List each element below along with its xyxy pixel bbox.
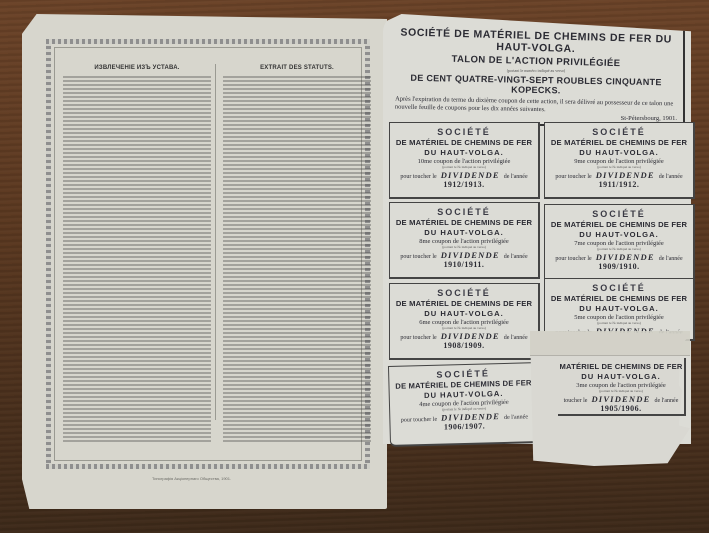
- coupon-10: SOCIÉTÉ DE MATÉRIEL DE CHEMINS DE FER DU…: [389, 122, 540, 199]
- share-amount: DE CENT QUATRE-VINGT-SEPT ROUBLES CINQUA…: [389, 72, 683, 97]
- coupon-3: MATÉRIEL DE CHEMINS DE FER DU HAUT-VOLGA…: [558, 358, 686, 416]
- coupon-materiel: DE MATÉRIEL DE CHEMINS DE FER: [545, 138, 693, 147]
- coupon-pour: toucher le: [564, 398, 588, 404]
- coupon-dividend-line: pour toucher leDIVIDENDEde l'année: [390, 170, 538, 180]
- column-divider: [215, 64, 216, 420]
- coupon-dividend-line: pour toucher leDIVIDENDEde l'année: [545, 252, 693, 262]
- coupon-year: 1908/1909.: [390, 341, 538, 350]
- coupon-annee: de l'année: [659, 256, 683, 262]
- left-page-statutes: ИЗВЛЕЧЕНІЕ ИЗЪ УСТАВА. EXTRAIT DES STATU…: [22, 14, 387, 509]
- coupon-number: 10me coupon de l'action privilégiée: [390, 158, 538, 165]
- talon-paragraph: Après l'expiration du terme du dixième c…: [395, 96, 677, 117]
- coupon-number: 6me coupon de l'action privilégiée: [390, 319, 538, 326]
- coupon-number: 7me coupon de l'action privilégiée: [545, 240, 693, 247]
- russian-heading: ИЗВЛЕЧЕНІЕ ИЗЪ УСТАВА.: [63, 64, 211, 72]
- coupon-materiel: DE MATÉRIEL DE CHEMINS DE FER: [390, 138, 538, 147]
- coupon-9: SOCIÉTÉ DE MATÉRIEL DE CHEMINS DE FER DU…: [544, 122, 695, 199]
- coupon-year: 1909/1910.: [545, 262, 693, 271]
- french-heading: EXTRAIT DES STATUTS.: [223, 64, 371, 72]
- place-date: St-Pétersbourg, 1901.: [621, 115, 677, 122]
- inner-frame: ИЗВЛЕЧЕНІЕ ИЗЪ УСТАВА. EXTRAIT DES STATU…: [54, 47, 362, 461]
- coupon-4: SOCIÉTÉ DE MATÉRIEL DE CHEMINS DE FER DU…: [388, 362, 541, 447]
- printer-imprint: Типографія Акціонернаго Общества, 1901.: [152, 476, 231, 481]
- coupon-annee: de l'année: [504, 254, 528, 260]
- coupon-number: 5me coupon de l'action privilégiée: [545, 314, 693, 321]
- coupon-note: (portant le № indiqué au verso): [545, 321, 693, 325]
- coupon-dividende: DIVIDENDE: [441, 250, 500, 260]
- coupon-year: 1911/1912.: [545, 180, 693, 189]
- coupon-dividend-line: pour toucher leDIVIDENDEde l'année: [545, 170, 693, 180]
- coupon-number: 3me coupon de l'action privilégiée: [558, 382, 684, 389]
- coupon-year: 1912/1913.: [390, 180, 538, 189]
- coupon-note: (portant le № indiqué au verso): [545, 165, 693, 169]
- coupon-number: 8me coupon de l'action privilégiée: [390, 238, 538, 245]
- coupon-du: DU HAUT-VOLGA.: [545, 230, 693, 239]
- coupon-pour: pour toucher le: [401, 417, 437, 424]
- coupon-materiel: DE MATÉRIEL DE CHEMINS DE FER: [545, 294, 693, 303]
- coupon-year: 1910/1911.: [390, 260, 538, 269]
- coupon-dividend-line: pour toucher leDIVIDENDEde l'année: [390, 331, 538, 341]
- coupon-societe: SOCIÉTÉ: [390, 127, 538, 137]
- coupon-year: 1905/1906.: [558, 404, 684, 413]
- coupon-du: DU HAUT-VOLGA.: [545, 304, 693, 313]
- coupon-societe: SOCIÉTÉ: [545, 283, 693, 293]
- coupon-8: SOCIÉTÉ DE MATÉRIEL DE CHEMINS DE FER DU…: [389, 202, 540, 279]
- coupon-materiel: MATÉRIEL DE CHEMINS DE FER: [558, 362, 684, 371]
- coupon-materiel: DE MATÉRIEL DE CHEMINS DE FER: [545, 220, 693, 229]
- coupon-note: (portant le № indiqué au verso): [558, 389, 684, 393]
- coupon-du: DU HAUT-VOLGA.: [390, 309, 538, 318]
- coupon-societe: SOCIÉTÉ: [545, 209, 693, 219]
- talon-header: SOCIÉTÉ DE MATÉRIEL DE CHEMINS DE FER DU…: [389, 26, 685, 126]
- pencil-mark: 2302: [140, 514, 177, 531]
- coupon-pour: pour toucher le: [555, 256, 591, 262]
- coupon-annee: de l'année: [504, 335, 528, 341]
- paper-fold: [530, 331, 690, 356]
- coupon-pour: pour toucher le: [555, 174, 591, 180]
- coupon-du: DU HAUT-VOLGA.: [558, 372, 684, 381]
- coupon-note: (portant le № indiqué au verso): [390, 326, 538, 330]
- coupon-materiel: DE MATÉRIEL DE CHEMINS DE FER: [390, 218, 538, 227]
- coupon-note: (portant le № indiqué au verso): [390, 245, 538, 249]
- french-body-text: [223, 76, 371, 442]
- coupon-dividende: DIVIDENDE: [441, 331, 500, 341]
- coupon-du: DU HAUT-VOLGA.: [390, 228, 538, 237]
- coupon-dividende: DIVIDENDE: [596, 252, 655, 262]
- coupon-annee: de l'année: [504, 414, 528, 421]
- coupon-6: SOCIÉTÉ DE MATÉRIEL DE CHEMINS DE FER DU…: [389, 283, 540, 360]
- coupon-societe: SOCIÉTÉ: [390, 207, 538, 217]
- coupon-annee: de l'année: [504, 174, 528, 180]
- coupon-dividend-line: toucher leDIVIDENDEde l'année: [558, 394, 684, 404]
- coupon-dividend-line: pour toucher leDIVIDENDEde l'année: [390, 250, 538, 260]
- coupon-pour: pour toucher le: [400, 254, 436, 260]
- coupon-number: 9me coupon de l'action privilégiée: [545, 158, 693, 165]
- french-statutes-column: EXTRAIT DES STATUTS.: [223, 64, 371, 442]
- coupon-du: DU HAUT-VOLGA.: [545, 148, 693, 157]
- coupon-note: (portant le № indiqué au verso): [545, 247, 693, 251]
- coupon-societe: SOCIÉTÉ: [390, 288, 538, 298]
- coupon-dividende: DIVIDENDE: [591, 394, 650, 404]
- coupon-dividende: DIVIDENDE: [596, 170, 655, 180]
- coupon-materiel: DE MATÉRIEL DE CHEMINS DE FER: [390, 299, 538, 308]
- coupon-annee: de l'année: [659, 174, 683, 180]
- coupon-du: DU HAUT-VOLGA.: [390, 148, 538, 157]
- coupon-annee: de l'année: [654, 398, 678, 404]
- coupon-societe: SOCIÉTÉ: [545, 127, 693, 137]
- russian-statutes-column: ИЗВЛЕЧЕНІЕ ИЗЪ УСТАВА.: [63, 64, 211, 442]
- russian-body-text: [63, 76, 211, 442]
- ornamental-border: ИЗВЛЕЧЕНІЕ ИЗЪ УСТАВА. EXTRAIT DES STATU…: [41, 34, 375, 474]
- coupon-dividende: DIVIDENDE: [441, 170, 500, 180]
- coupon-7: SOCIÉTÉ DE MATÉRIEL DE CHEMINS DE FER DU…: [544, 204, 695, 281]
- coupon-pour: pour toucher le: [400, 174, 436, 180]
- coupon-pour: pour toucher le: [400, 335, 436, 341]
- coupon-note: (portant le № indiqué au verso): [390, 165, 538, 169]
